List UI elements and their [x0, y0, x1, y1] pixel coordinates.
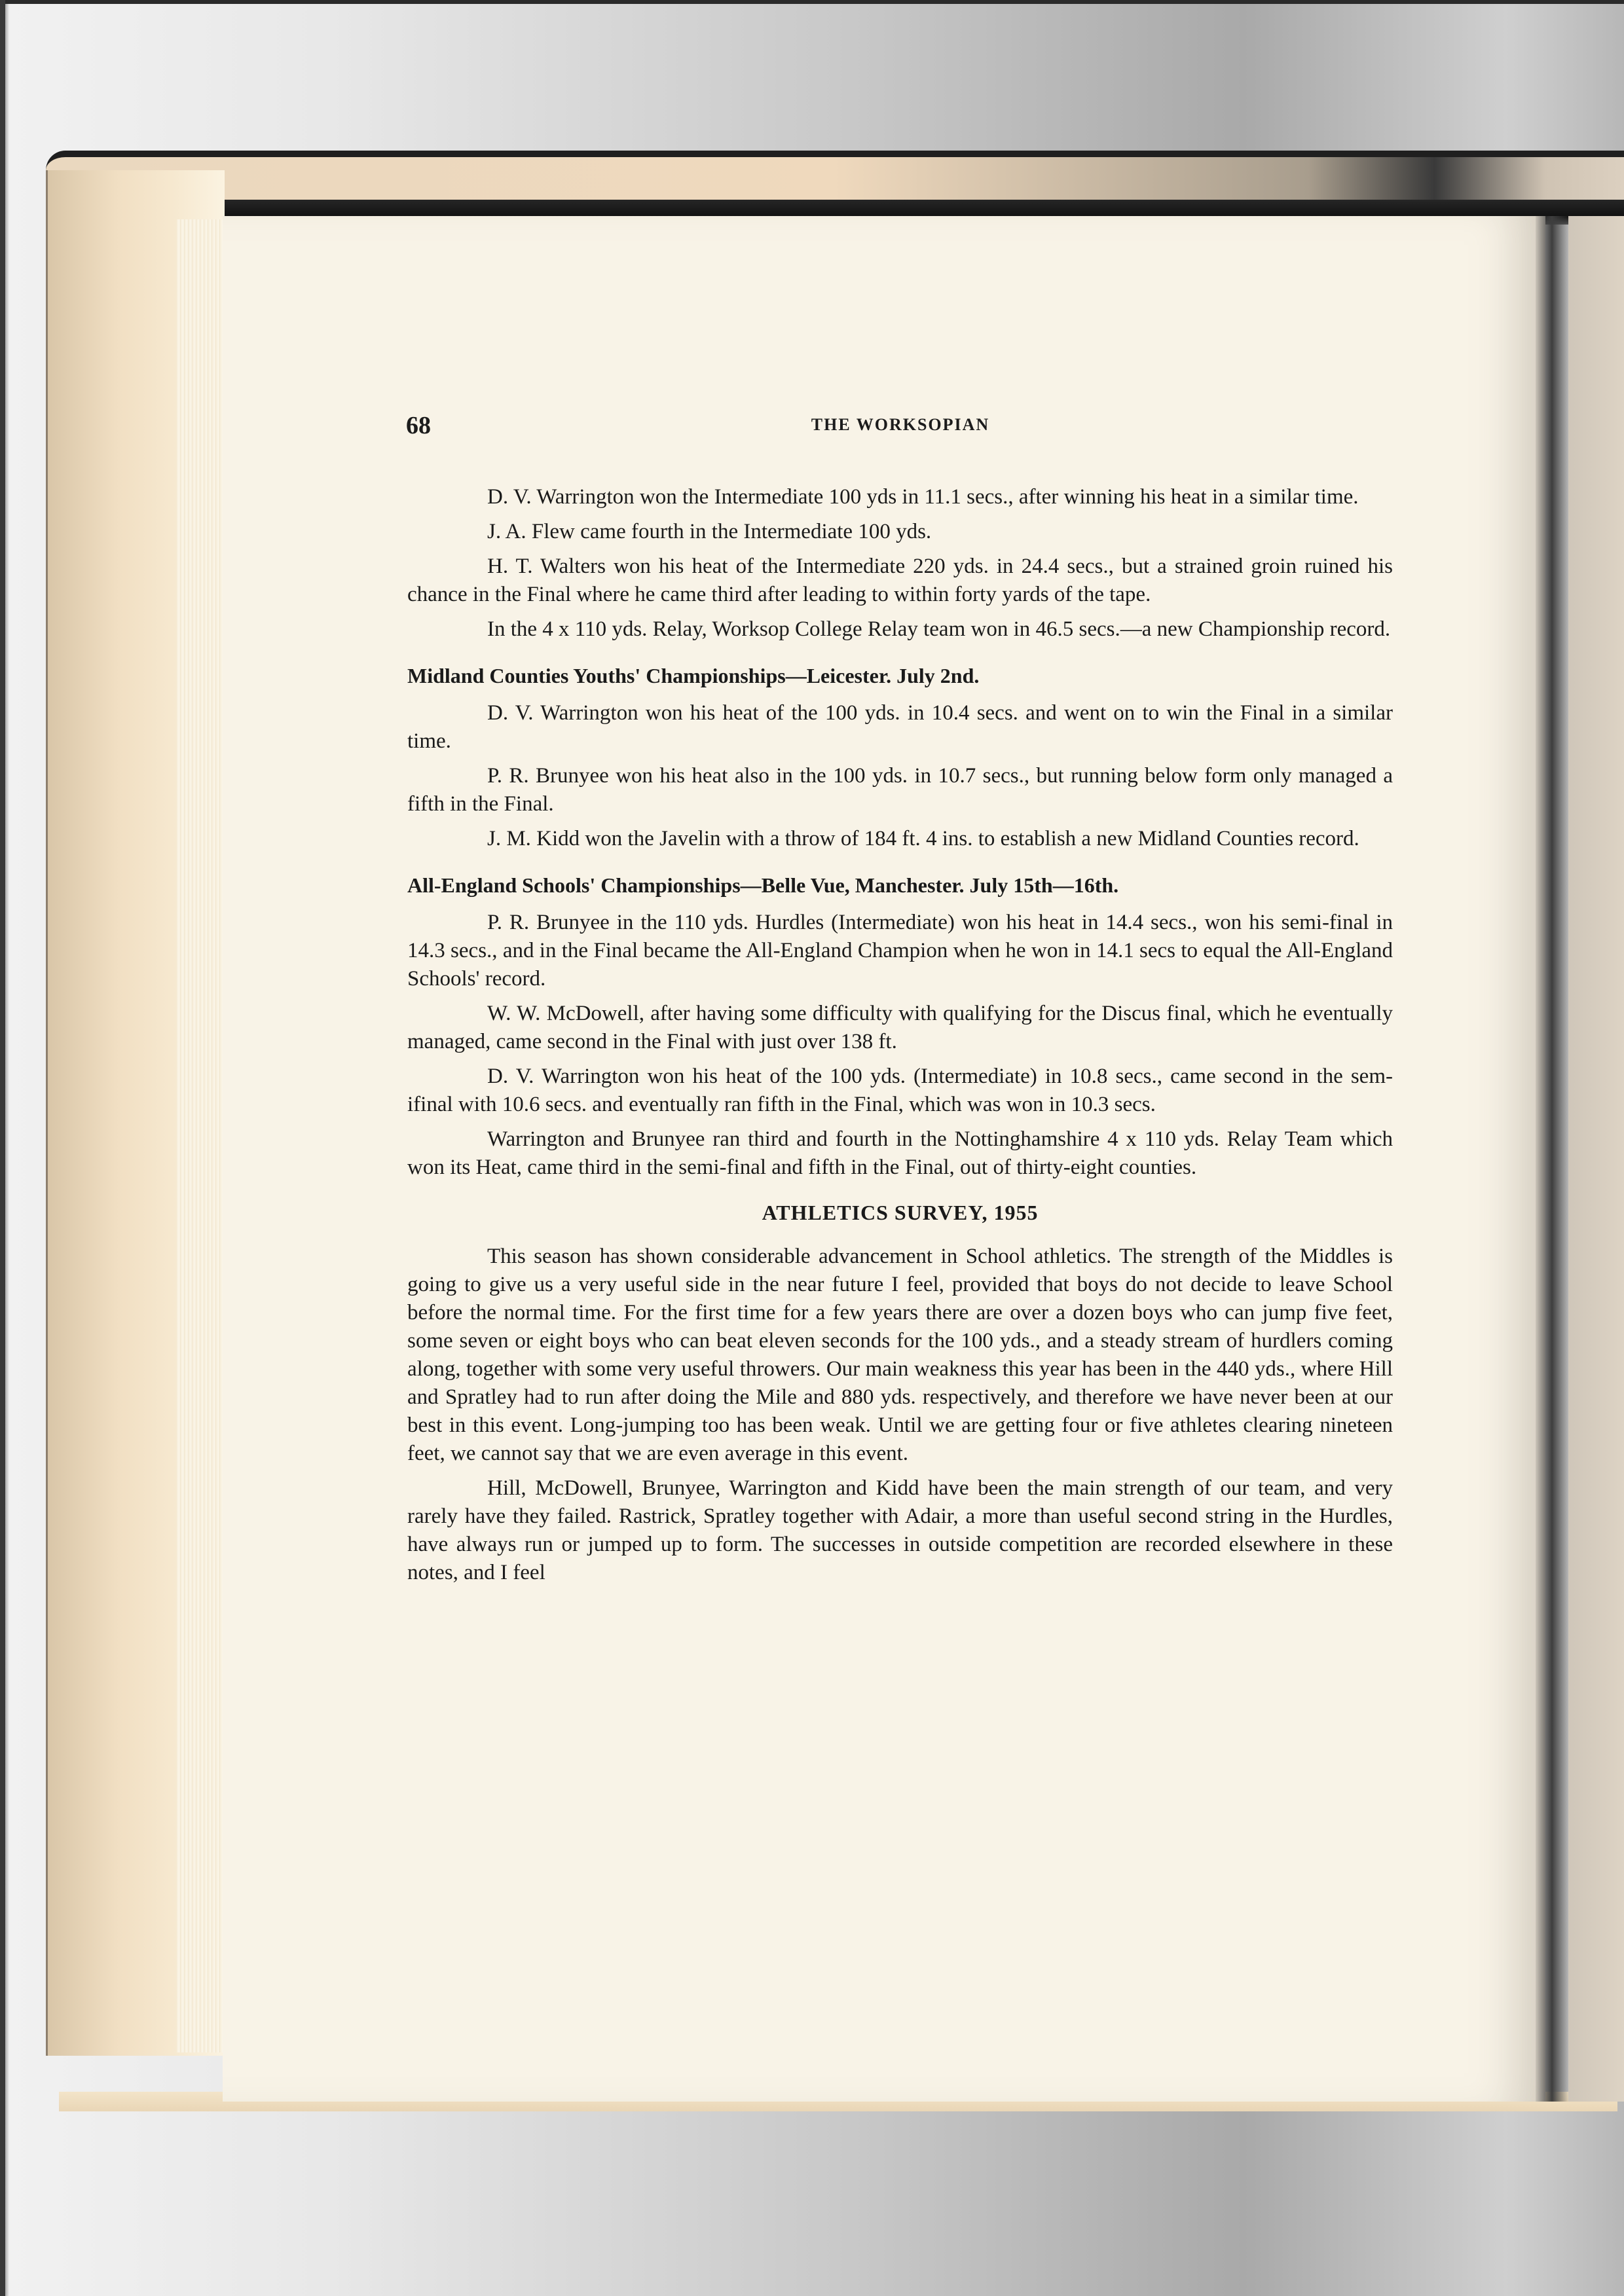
paragraph: W. W. McDowell, after having some diffic…	[407, 1000, 1393, 1056]
paragraph: D. V. Warrington won his heat of the 100…	[407, 699, 1393, 756]
facing-page-edge	[1568, 216, 1624, 2102]
section-heading-midland-counties: Midland Counties Youths' Championships—L…	[407, 662, 1393, 690]
survey-heading: ATHLETICS SURVEY, 1955	[407, 1199, 1393, 1227]
paragraph: Hill, McDowell, Brunyee, Warrington and …	[407, 1474, 1393, 1587]
article-body: D. V. Warrington won the Intermediate 10…	[407, 483, 1393, 1594]
paragraph: This season has shown considerable advan…	[407, 1243, 1393, 1468]
page-stack-edge	[177, 219, 223, 2052]
scanner-edge-top	[0, 0, 1624, 4]
header-title: THE WORKSOPIAN	[406, 415, 1395, 435]
section-heading-all-england: All-England Schools' Championships—Belle…	[407, 871, 1393, 900]
paragraph: In the 4 x 110 yds. Relay, Worksop Colle…	[407, 615, 1393, 644]
running-header: 68 THE WORKSOPIAN	[406, 411, 1395, 440]
paragraph: Warrington and Brunyee ran third and fou…	[407, 1125, 1393, 1182]
paragraph: D. V. Warrington won the Intermediate 10…	[407, 483, 1393, 511]
paragraph: P. R. Brunyee won his heat also in the 1…	[407, 762, 1393, 818]
gutter-shadow	[1536, 216, 1568, 2102]
paragraph: H. T. Walters won his heat of the Interm…	[407, 553, 1393, 609]
paragraph: D. V. Warrington won his heat of the 100…	[407, 1063, 1393, 1119]
paragraph: P. R. Brunyee in the 110 yds. Hurdles (I…	[407, 909, 1393, 993]
scanner-edge-left	[0, 0, 5, 2296]
paragraph: J. M. Kidd won the Javelin with a throw …	[407, 825, 1393, 853]
paragraph: J. A. Flew came fourth in the Intermedia…	[407, 518, 1393, 546]
